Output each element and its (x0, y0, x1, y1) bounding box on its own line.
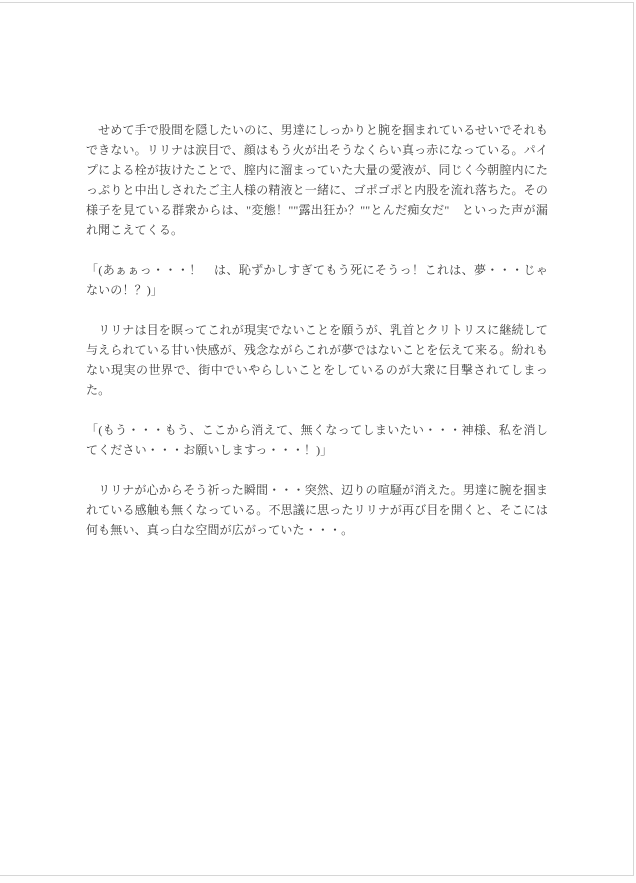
paragraph-narration-3: リリナが心からそう祈った瞬間・・・突然、辺りの喧騒が消えた。男達に腕を掴まれてい… (86, 480, 548, 540)
paragraph-dialogue-1: 「(あぁぁっ・・・！ は、恥ずかしすぎてもう死にそうっ！これは、夢・・・じゃない… (86, 260, 548, 300)
paragraph-narration-2: リリナは目を瞑ってこれが現実でないことを願うが、乳首とクリトリスに継続して与えら… (86, 320, 548, 400)
paragraph-narration-1: せめて手で股間を隠したいのに、男達にしっかりと腕を掴まれているせいでそれもできな… (86, 120, 548, 240)
paragraph-dialogue-2: 「(もう・・・もう、ここから消えて、無くなってしまいたい・・・神様、私を消してく… (86, 420, 548, 460)
document-page: せめて手で股間を隠したいのに、男達にしっかりと腕を掴まれているせいでそれもできな… (0, 2, 634, 876)
page-content: せめて手で股間を隠したいのに、男達にしっかりと腕を掴まれているせいでそれもできな… (0, 3, 633, 540)
